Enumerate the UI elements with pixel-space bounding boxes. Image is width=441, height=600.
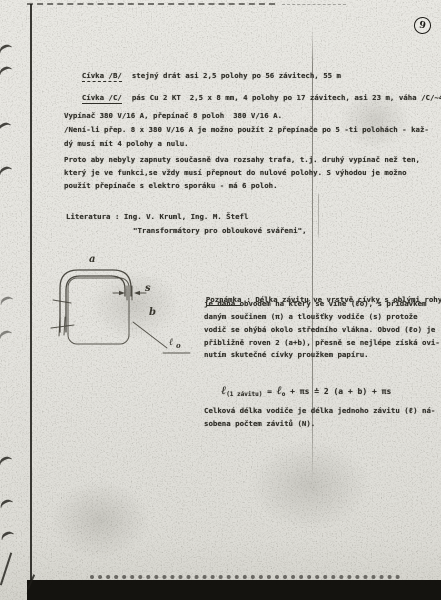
literature-line: Literatura : Ing. V. Kruml, Ing. M. Štef… xyxy=(66,212,248,221)
scan-edge-left xyxy=(30,4,32,586)
note-line: přibližně roven 2 (a+b), přesně se nejlé… xyxy=(204,338,440,347)
coil-core-outline xyxy=(68,278,129,344)
paragraph-line: dý musí mít 4 polohy a nulu. xyxy=(64,139,189,148)
binder-ring-mark-icon xyxy=(0,453,13,466)
paragraph-line: použít přepínače s elektro sporáku - má … xyxy=(64,181,278,190)
coil-c-spec: pás Cu 2 KT 2,5 x 8 mm, 4 polohy po 17 z… xyxy=(132,93,441,102)
binder-ring-mark-icon xyxy=(0,528,15,541)
scan-edge-top-faint xyxy=(282,4,346,5)
formula-rest: + πs ≐ 2 (a + b) + πs xyxy=(285,387,391,396)
hatch-mark-lower-icon xyxy=(51,317,74,336)
formula-subscript: (1 závitu) xyxy=(226,391,262,398)
coil-b-spec: stejný drát asi 2,5 polohy po 56 závitec… xyxy=(132,71,341,80)
smudge xyxy=(250,440,370,530)
note-line: nutím skutečné cívky proužkem papíru. xyxy=(204,350,369,359)
dimension-label-a: a xyxy=(89,254,95,265)
smudge xyxy=(50,480,150,560)
literature-title: "Transformátory pro obloukové svářeni", xyxy=(133,226,307,235)
closing-line: Celková délka vodiče je délka jednoho zá… xyxy=(204,406,435,416)
scan-edge-top xyxy=(27,3,275,5)
page-number: 9 xyxy=(418,20,426,32)
dimension-label-s: s xyxy=(145,283,151,294)
coil-b-label: Cívka /B/ xyxy=(82,71,122,82)
binder-ring-mark-icon xyxy=(0,119,12,132)
circumference-label-lo-sub: o xyxy=(176,341,181,350)
scan-edge-bottom xyxy=(27,580,441,600)
note-line: daným součinem (π) a tloušťky vodiče (s)… xyxy=(204,312,418,321)
dimension-label-b: b xyxy=(149,307,156,318)
paragraph-line: /Není-li přep. 8 x 380 V/16 A je možno p… xyxy=(64,125,429,134)
note-line: je dána obvodem na který se vine (ℓo), s… xyxy=(204,299,426,309)
scan-scratch-icon xyxy=(0,553,12,586)
page-number-badge: 9 xyxy=(413,16,433,36)
note-line: vodič se ohýbá okolo středního vlákna. O… xyxy=(204,325,435,335)
scan-edge-bottom-rough xyxy=(90,575,400,579)
paragraph-line: Proto aby nebyly zapnuty současně dva ro… xyxy=(64,155,420,164)
coil-c-label: Cívka /C/ xyxy=(82,93,122,104)
closing-line: sobena počtem závitů (N). xyxy=(204,419,315,428)
circumference-label-lo: ℓ xyxy=(169,337,173,348)
arrow-right-icon xyxy=(119,291,125,295)
formula-equals: = xyxy=(262,387,276,396)
wire-inner-line xyxy=(66,276,125,332)
lo-leader-line xyxy=(133,322,190,353)
binder-ring-mark-icon xyxy=(0,163,13,176)
arrow-left-icon xyxy=(134,291,140,295)
binder-ring-mark-icon xyxy=(0,63,13,76)
coil-turn-diagram: a s b ℓ o xyxy=(45,248,205,363)
coil-c-line: Cívka /C/pás Cu 2 KT 2,5 x 8 mm, 4 poloh… xyxy=(64,84,441,111)
binder-ring-mark-icon xyxy=(0,496,14,509)
fold-crease-short-icon xyxy=(318,192,319,240)
binder-ring-mark-icon xyxy=(0,41,13,54)
binder-ring-mark-icon xyxy=(0,293,14,306)
turn-length-formula: ℓ(1 závitu) = ℓo + πs ≐ 2 (a + b) + πs xyxy=(202,374,391,407)
paragraph-line: Vypínač 380 V/16 A, přepínač 8 poloh 380… xyxy=(64,111,282,120)
binder-ring-mark-icon xyxy=(0,327,13,340)
scanned-document-page: 9 Cívka /B/stejný drát asi 2,5 polohy po… xyxy=(0,0,441,600)
paragraph-line: který je ve funkci,se vždy musí přepnout… xyxy=(64,168,407,177)
